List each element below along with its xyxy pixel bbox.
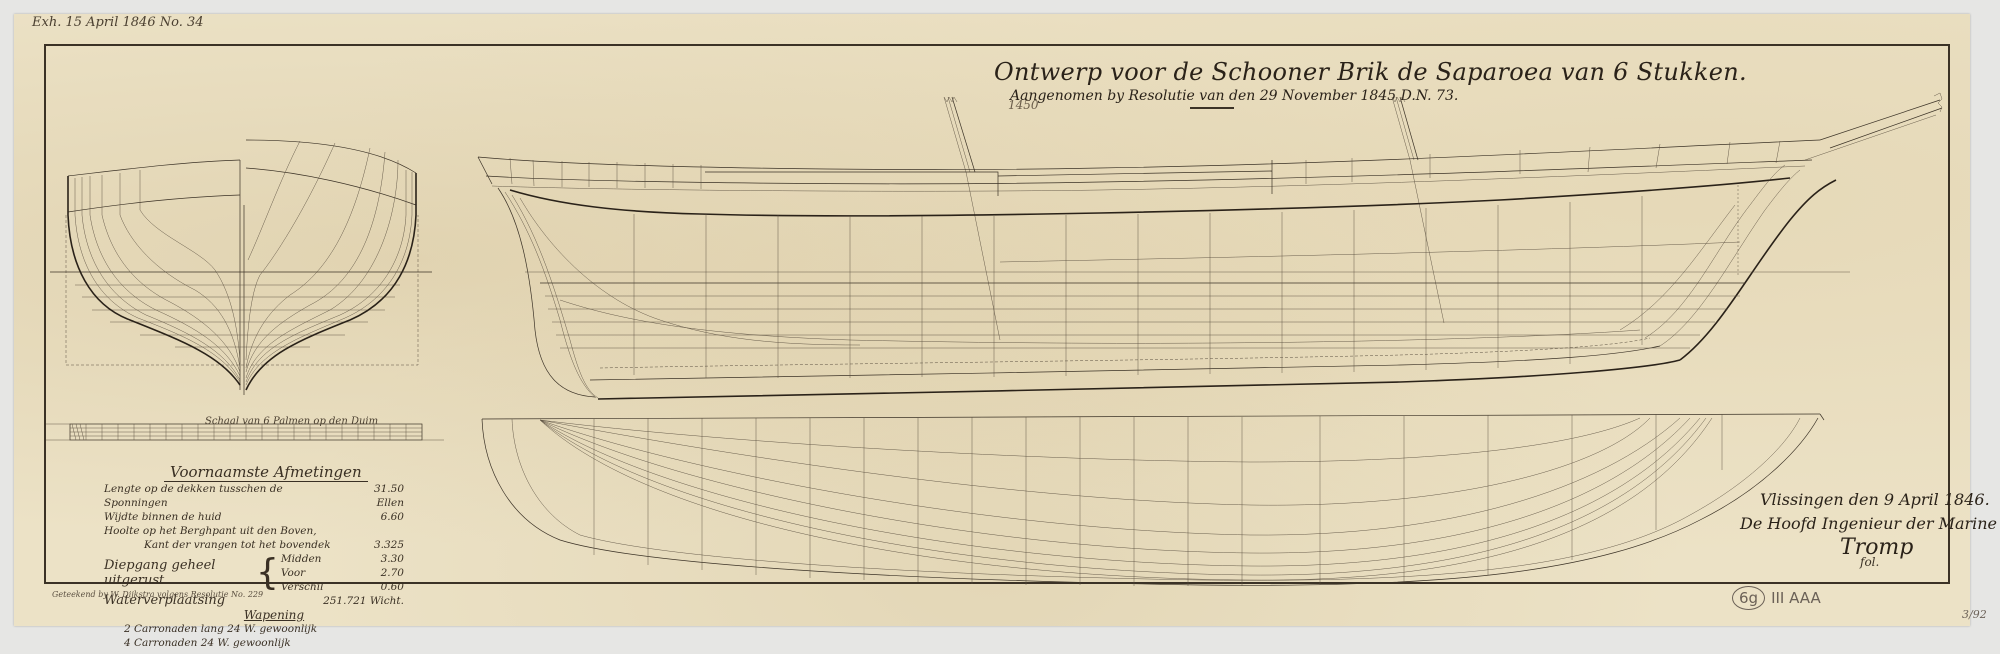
armament-row: 4 Carronaden 24 W. gewoonlijk xyxy=(104,636,404,650)
draught-row: Verschil 0.60 xyxy=(281,580,404,594)
draught-row: Voor 2.70 xyxy=(281,566,404,580)
half-breadth-plan xyxy=(482,414,1824,586)
dimensions-table: Voornaamste Afmetingen Lengte op de dekk… xyxy=(104,462,404,650)
corner-page-number: 3/92 xyxy=(1962,608,1987,621)
dimension-row: Hoolte op het Berghpant uit den Boven, xyxy=(104,524,404,538)
armament-row: 2 Carronaden lang 24 W. gewoonlijk xyxy=(104,622,404,636)
dimensions-heading: Voornaamste Afmetingen xyxy=(164,463,368,482)
archive-code: III AAA xyxy=(1771,589,1821,607)
draughtsman-note: Geteekend by W. Dijkstra volgens Resolut… xyxy=(52,590,263,600)
draught-label: Diepgang geheel uitgerust xyxy=(104,558,254,588)
scale-bar-label: Schaal van 6 Palmen op den Duim xyxy=(205,416,378,427)
draught-row: Midden 3.30 xyxy=(281,552,404,566)
archive-circled-number: 6g xyxy=(1732,586,1765,610)
archive-mark: 6gIII AAA xyxy=(1732,586,1821,610)
body-plan xyxy=(50,140,432,395)
dimension-row: Kant der vrangen tot het bovendek 3.325 xyxy=(104,538,404,552)
armament-heading: Wapening xyxy=(144,608,404,622)
signature-suffix: fol. xyxy=(1860,555,1879,569)
dimension-row: Wijdte binnen de huid 6.60 xyxy=(104,510,404,524)
draught-group: Diepgang geheel uitgerust { Midden 3.30 … xyxy=(104,552,404,594)
dimension-row: Lengte op de dekken tusschen de Sponning… xyxy=(104,482,404,510)
brace-icon: { xyxy=(256,555,279,591)
signature-place-date: Vlissingen den 9 April 1846. xyxy=(1760,490,1990,509)
signature-office: De Hoofd Ingenieur der Marine xyxy=(1740,514,1997,533)
sheer-plan xyxy=(478,93,1942,399)
